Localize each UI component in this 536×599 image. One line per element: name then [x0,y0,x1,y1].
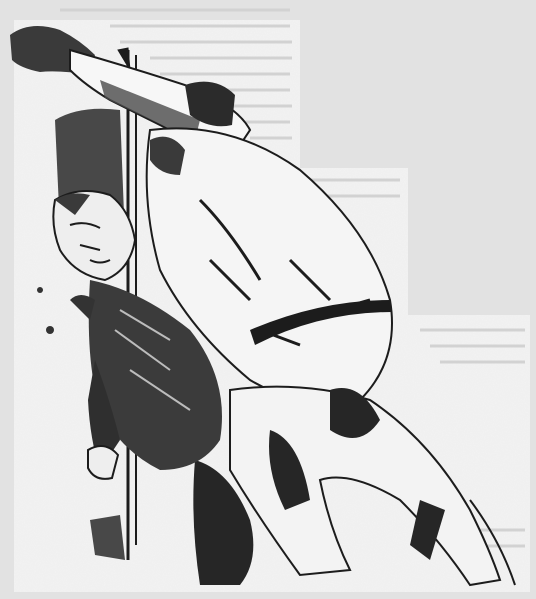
illustration [0,0,536,599]
illustration-canvas [0,0,536,599]
victim-hand [88,446,118,479]
